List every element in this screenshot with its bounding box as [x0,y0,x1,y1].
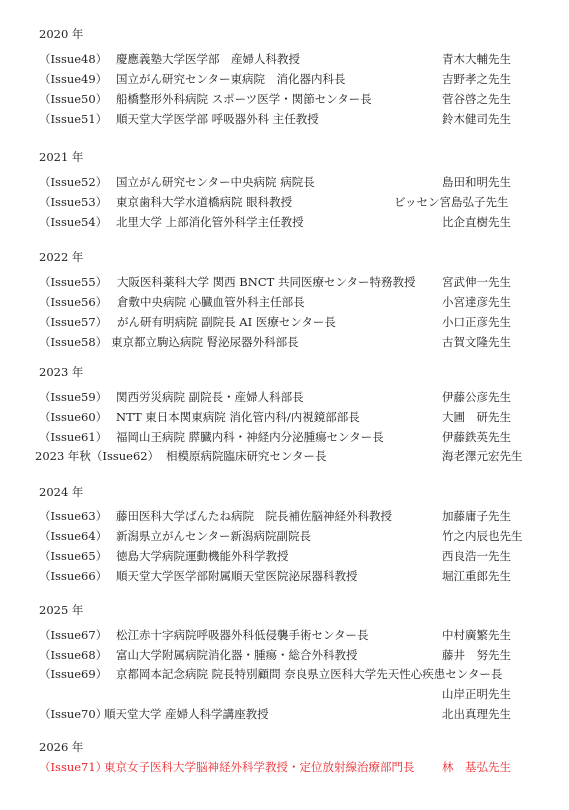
doctor-name: 小口正彦先生 [442,315,511,329]
year-heading-2021: 2021 年 [39,150,83,164]
affiliation: 徳島大学病院運動機能外科学教授 [116,549,289,563]
issue-label: （Issue63） [39,509,107,523]
affiliation: 新潟県立がんセンター新潟病院副院長 [116,529,311,543]
doctor-name: 小宮達彦先生 [442,295,511,309]
affiliation: 国立がん研究センター東病院 消化器内科長 [116,72,346,86]
issue-label: （Issue55） [39,275,107,289]
affiliation: 富山大学附属病院消化器・腫瘍・総合外科教授 [116,648,358,662]
issue-label: （Issue56） [39,295,107,309]
affiliation: 船橋整形外科病院 スポーツ医学・関節センター長 [116,92,372,106]
doctor-name: 菅谷啓之先生 [442,92,511,106]
doctor-name: 大圃 研先生 [442,410,511,424]
affiliation: 福岡山王病院 膵臓内科・神経内分泌腫瘍センター長 [116,430,384,444]
doctor-name: 宮武伸一先生 [442,275,511,289]
doctor-name: 吉野孝之先生 [442,72,511,86]
affiliation: 倉敷中央病院 心臓血管外科主任部長 [117,295,305,309]
affiliation: 北里大学 上部消化管外科学主任教授 [116,215,304,229]
issue-label: （Issue53） [39,195,107,209]
doctor-name: 山岸正明先生 [442,687,511,701]
doctor-name: 加藤庸子先生 [442,509,511,523]
doctor-name: 北出真理先生 [442,707,511,721]
issue-label: （Issue64） [39,529,107,543]
doctor-name: 鈴木健司先生 [442,112,511,126]
issue-label: （Issue66） [39,569,107,583]
issue-label: （Issue49） [39,72,107,86]
issue-label: （Issue57） [39,315,107,329]
affiliation: 順天堂大学医学部附属順天堂医院泌尿器科教授 [116,569,358,583]
doctor-name-highlighted: 林 基弘先生 [442,760,511,774]
issue-label-highlighted: （Issue71） [39,760,107,774]
issue-label: （Issue68） [39,648,107,662]
affiliation: 大阪医科薬科大学 関西 BNCT 共同医療センター特務教授 [117,275,416,289]
doctor-name: 藤井 努先生 [442,648,511,662]
issue-label: （Issue61） [39,430,107,444]
doctor-name: 青木大輔先生 [442,52,511,66]
doctor-name: ビッセン宮島弘子先生 [394,195,509,209]
issue-label: （Issue67） [39,628,107,642]
doctor-name: 中村廣繁先生 [442,628,511,642]
affiliation: 藤田医科大学ばんたね病院 院長補佐脳神経外科教授 [116,509,392,523]
doctor-name: 堀江重郎先生 [442,569,511,583]
affiliation: 国立がん研究センター中央病院 病院長 [116,175,315,189]
doctor-name: 比企直樹先生 [442,215,511,229]
affiliation: NTT 東日本関東病院 消化管内科/内視鏡部部長 [116,410,360,424]
doctor-name: 竹之内辰也先生 [442,529,523,543]
issue-label: （Issue52） [39,175,107,189]
issue-label: （Issue60） [39,410,107,424]
doctor-name: 海老澤元宏先生 [442,449,523,463]
issue-label: （Issue59） [39,390,107,404]
issue-label: （Issue50） [39,92,107,106]
issue-label: （Issue48） [39,52,107,66]
year-heading-2022: 2022 年 [39,250,83,264]
affiliation: 松江赤十字病院呼吸器外科低侵襲手術センター長 [116,628,369,642]
year-heading-2024: 2024 年 [39,485,83,499]
doctor-name: 島田和明先生 [442,175,511,189]
affiliation: 順天堂大学 産婦人科学講座教授 [104,707,269,721]
doctor-name: 伊藤公彦先生 [442,390,511,404]
affiliation: がん研有明病院 副院長 AI 医療センター長 [117,315,336,329]
year-heading-2023: 2023 年 [39,365,83,379]
year-heading-2025: 2025 年 [39,603,83,617]
doctor-name: 西良浩一先生 [442,549,511,563]
issue-label: 2023 年秋（Issue62） [35,449,159,463]
year-heading-2020: 2020 年 [39,27,83,41]
issue-label: （Issue51） [39,112,107,126]
affiliation: 東京歯科大学水道橋病院 眼科教授 [116,195,292,209]
affiliation: 慶應義塾大学医学部 産婦人科教授 [116,52,300,66]
affiliation: 順天堂大学医学部 呼吸器外科 主任教授 [116,112,319,126]
year-heading-2026: 2026 年 [39,740,83,754]
issue-label: （Issue69） [39,667,107,681]
issue-label: （Issue70） [39,707,107,721]
affiliation: 相模原病院臨床研究センター長 [166,449,327,463]
affiliation: 京都岡本記念病院 院長特別顧問 奈良県立医科大学先天性心疾患センター長 [116,667,502,681]
issue-label: （Issue58） [39,335,107,349]
doctor-name: 古賀文隆先生 [442,335,511,349]
issue-label: （Issue54） [39,215,107,229]
affiliation: 関西労災病院 副院長・産婦人科部長 [116,390,304,404]
affiliation-highlighted: 東京女子医科大学脳神経外科学教授・定位放射線治療部門長 [104,760,415,774]
doctor-name: 伊藤鉄英先生 [442,430,511,444]
affiliation: 東京都立駒込病院 腎泌尿器外科部長 [111,335,299,349]
issue-label: （Issue65） [39,549,107,563]
